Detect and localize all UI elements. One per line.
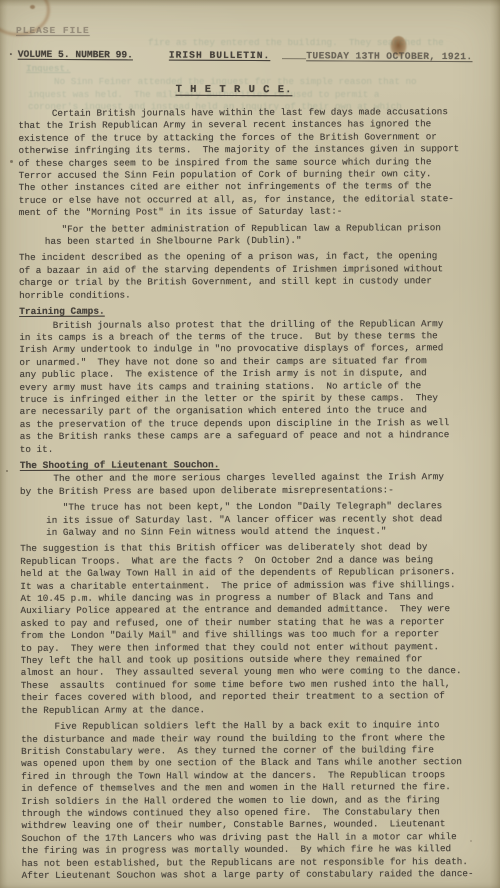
masthead: · VOLUME 5. NUMBER 99. IRISH BULLETIN. T…: [8, 49, 494, 63]
file-note: PLEASE FILE: [16, 25, 90, 36]
souchon-paragraph-3: Five Republican soldiers left the Hall b…: [21, 719, 486, 882]
bulletin-title: IRISH BULLETIN.: [169, 50, 270, 62]
daily-telegraph-quote: "The truce has not been kept," the Londo…: [46, 500, 484, 539]
paper-speck: [30, 5, 35, 9]
masthead-dot: ·: [8, 49, 14, 60]
underline-connector: [282, 58, 306, 59]
bleedthrough-text: Inquest.: [26, 63, 71, 75]
paper-speck: [6, 470, 8, 472]
training-camps-paragraph: British journals also protest that the d…: [19, 317, 484, 455]
souchon-paragraph-1: The other and the more serious charges l…: [20, 471, 484, 498]
intro-paragraph-1: Certain British journals have within the…: [18, 106, 482, 220]
volume-number: VOLUME 5. NUMBER 99.: [18, 49, 133, 61]
paper-speck: [10, 160, 13, 163]
intro-paragraph-2: The incident described as the opening of…: [19, 250, 483, 302]
article-title-text: T H E T R U C E.: [176, 84, 293, 96]
souchon-heading: The Shooting of Lieutenant Souchon.: [20, 458, 484, 472]
issue-date: TUESDAY 13TH OCTOBER, 1921.: [306, 50, 472, 62]
article-title: T H E T R U C E.: [0, 83, 484, 97]
training-camps-heading: Training Camps.: [19, 304, 483, 318]
souchon-paragraph-2: The suggestion is that this British offi…: [20, 541, 485, 717]
article-body: Certain British journals have within the…: [18, 106, 485, 886]
morning-post-quote: "For the better administration of Republ…: [45, 222, 483, 249]
document-page: fire as they entered the building. They …: [0, 0, 500, 888]
